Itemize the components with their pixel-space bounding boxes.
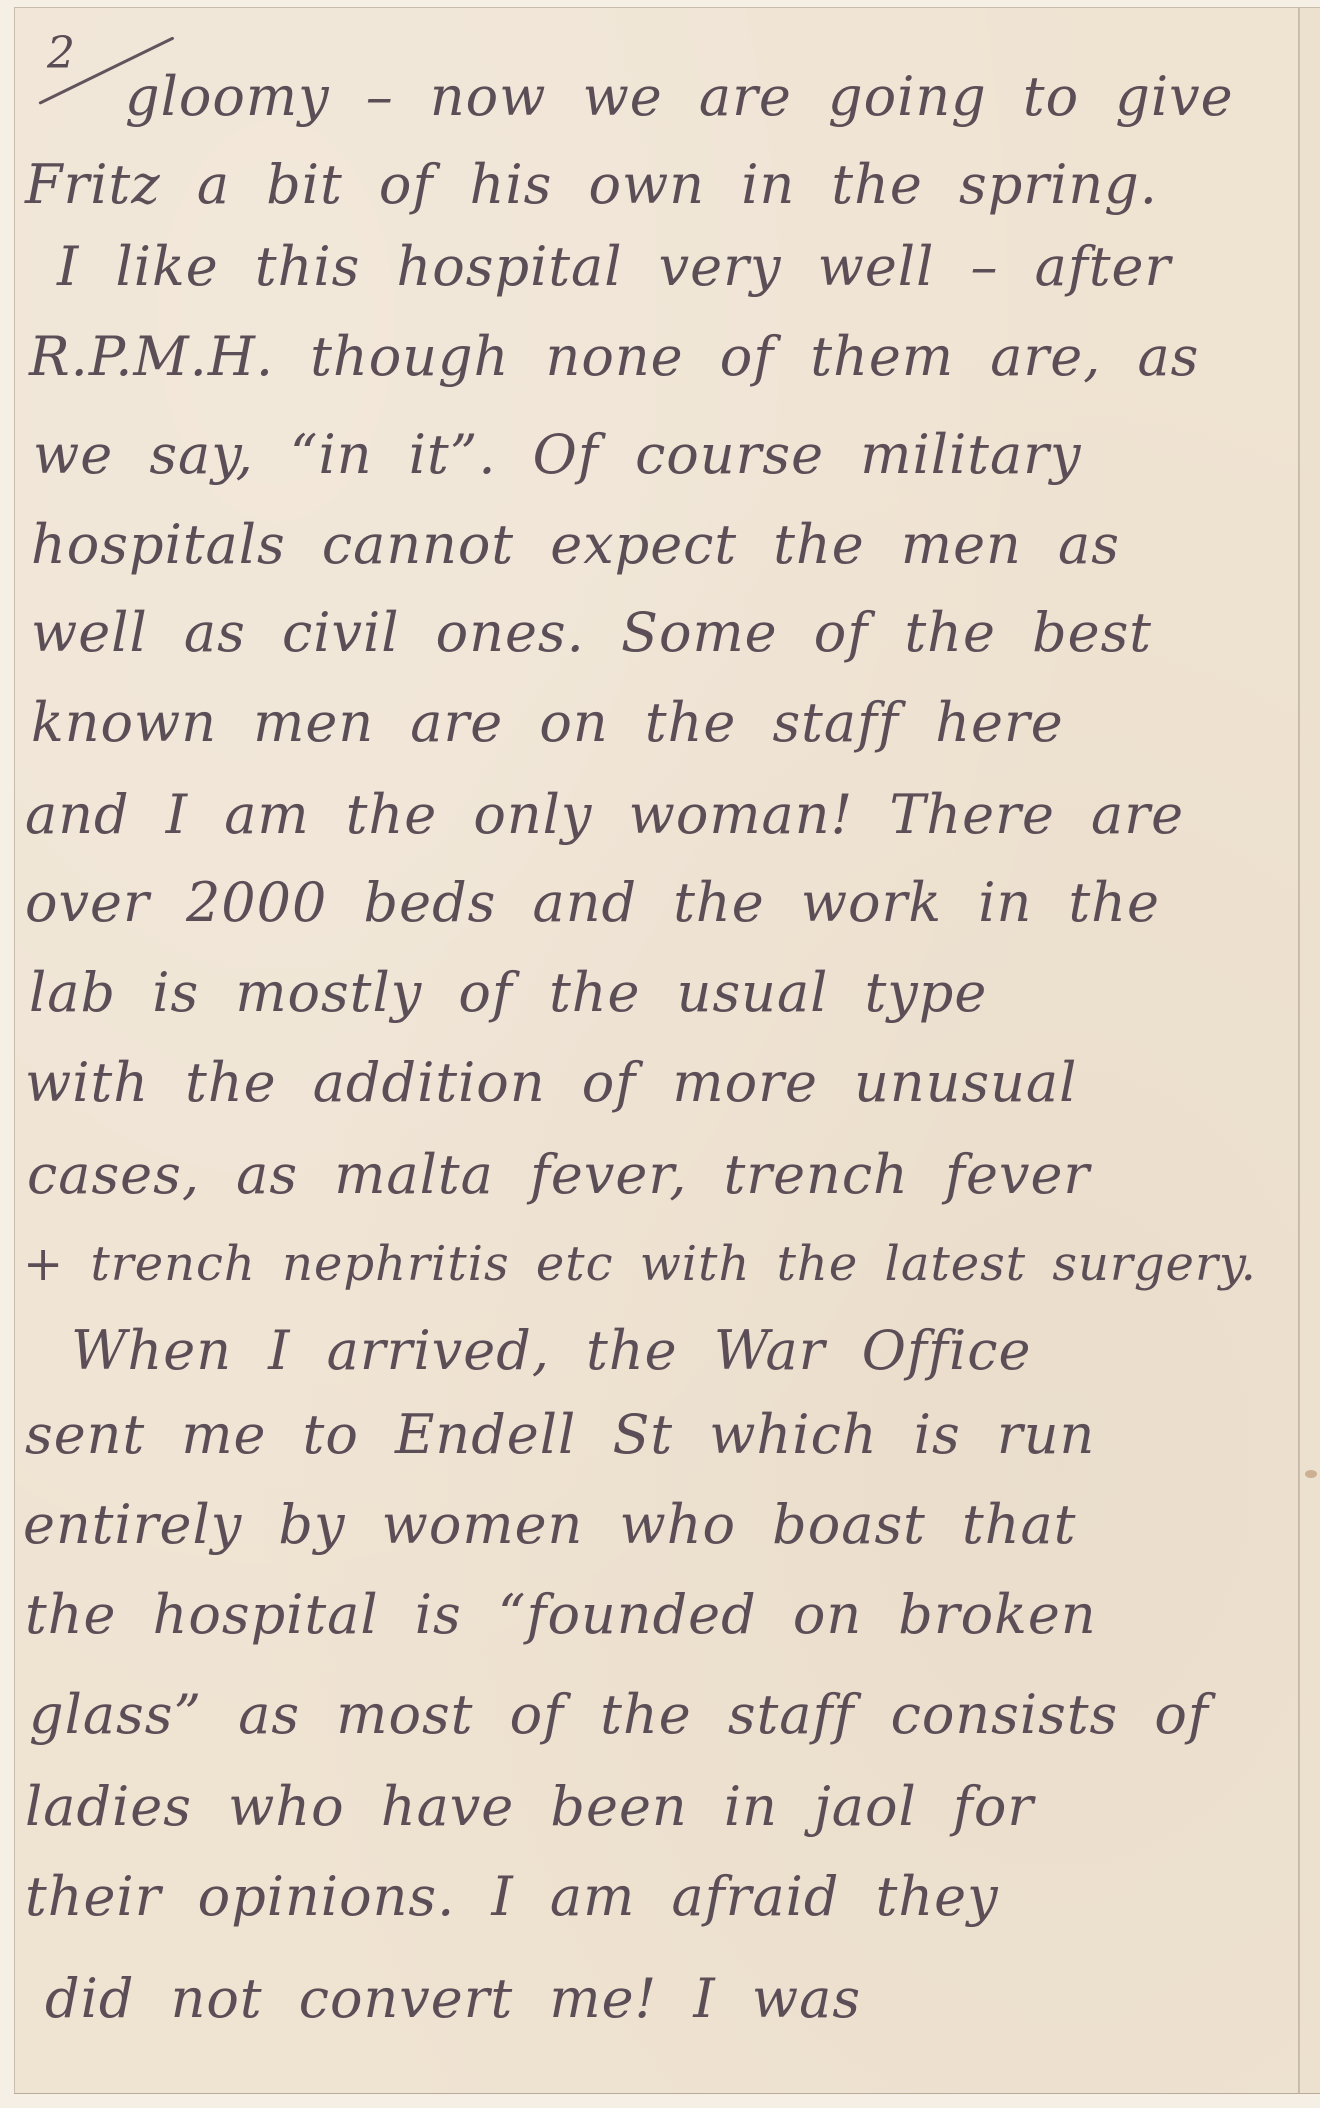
text-line: their opinions. I am afraid they — [25, 1870, 999, 1924]
text-line: cases, as malta fever, trench fever — [27, 1148, 1090, 1202]
text-line: + trench nephritis etc with the latest s… — [23, 1240, 1257, 1288]
text-line: over 2000 beds and the work in the — [25, 876, 1160, 930]
text-line: with the addition of more unusual — [25, 1056, 1077, 1110]
text-line: entirely by women who boast that — [23, 1498, 1076, 1552]
text-line: Fritz a bit of his own in the spring. — [25, 158, 1158, 212]
text-line: known men are on the staff here — [31, 696, 1064, 750]
handwritten-text-body: gloomy – now we are going to give Fritz … — [15, 8, 1320, 2093]
text-line: glass” as most of the staff consists of — [29, 1688, 1209, 1742]
text-line: lab is mostly of the usual type — [29, 966, 987, 1020]
text-line: did not convert me! I was — [45, 1972, 861, 2026]
text-line: ladies who have been in jaol for — [25, 1780, 1034, 1834]
text-line: hospitals cannot expect the men as — [31, 518, 1120, 572]
text-line: the hospital is “founded on broken — [25, 1588, 1097, 1642]
text-line: and I am the only woman! There are — [25, 788, 1184, 842]
text-line: I like this hospital very well – after — [57, 240, 1171, 294]
text-line: gloomy – now we are going to give — [125, 70, 1234, 124]
text-line: well as civil ones. Some of the best — [31, 606, 1152, 660]
letter-page: 2 gloomy – now we are going to give Frit… — [14, 7, 1320, 2094]
text-line: we say, “in it”. Of course military — [33, 428, 1081, 482]
text-line: sent me to Endell St which is run — [25, 1408, 1095, 1462]
text-line: R.P.M.H. though none of them are, as — [29, 330, 1199, 384]
text-line: When I arrived, the War Office — [71, 1324, 1031, 1378]
